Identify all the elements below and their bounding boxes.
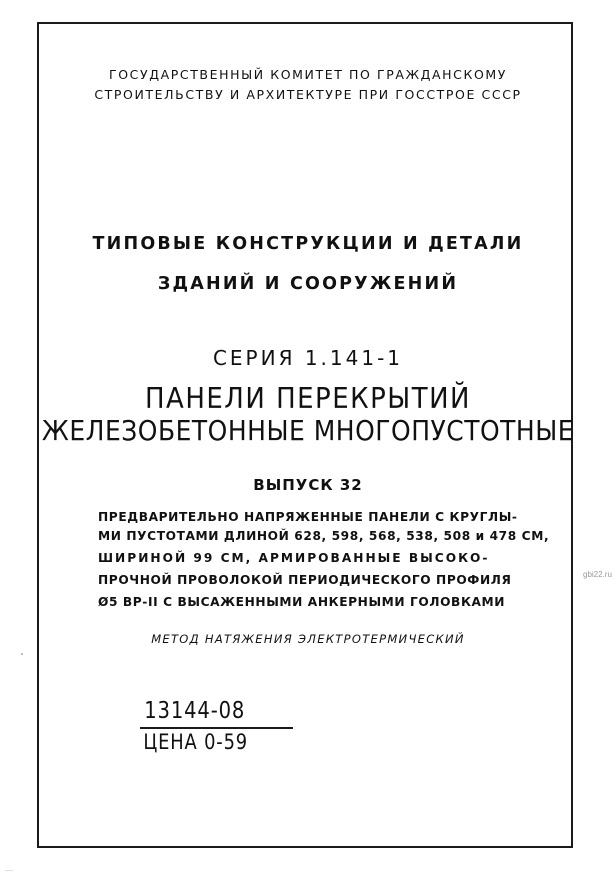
- description-line-2: МИ ПУСТОТАМИ ДЛИНОЙ 628, 598, 568, 538, …: [98, 530, 558, 542]
- stamp-divider: [140, 727, 293, 729]
- collection-title-line-2: ЗДАНИЙ И СООРУЖЕНИЙ: [0, 276, 616, 294]
- watermark-text: gbi22.ru: [583, 570, 612, 579]
- description-line-4: ПРОЧНОЙ ПРОВОЛОКОЙ ПЕРИОДИЧЕСКОГО ПРОФИЛ…: [98, 574, 558, 586]
- catalog-code: 13144-08: [140, 700, 276, 723]
- catalog-stamp: 13144-08 ЦЕНА 0-59: [140, 700, 300, 753]
- price-label: ЦЕНА 0-59: [140, 732, 276, 753]
- description-line-5: Ø5 ВР-II С ВЫСАЖЕННЫМИ АНКЕРНЫМИ ГОЛОВКА…: [98, 596, 558, 608]
- issue-number: ВЫПУСК 32: [0, 478, 616, 493]
- series-number: СЕРИЯ 1.141-1: [0, 348, 616, 368]
- scan-speck: [5, 870, 13, 871]
- description-line-1: ПРЕДВАРИТЕЛЬНО НАПРЯЖЕННЫЕ ПАНЕЛИ С КРУГ…: [98, 511, 558, 523]
- tensioning-method: МЕТОД НАТЯЖЕНИЯ ЭЛЕКТРОТЕРМИЧЕСКИЙ: [0, 634, 616, 646]
- document-title-line-1: ПАНЕЛИ ПЕРЕКРЫТИЙ: [0, 385, 616, 414]
- scan-speck: [21, 653, 23, 655]
- issuing-committee-line-2: СТРОИТЕЛЬСТВУ И АРХИТЕКТУРЕ ПРИ ГОССТРОЕ…: [0, 89, 616, 102]
- description-line-3: ШИРИНОЙ 99 СМ, АРМИРОВАННЫЕ ВЫСОКО-: [98, 552, 558, 564]
- collection-title-line-1: ТИПОВЫЕ КОНСТРУКЦИИ И ДЕТАЛИ: [0, 236, 616, 254]
- document-title-line-2: ЖЕЛЕЗОБЕТОННЫЕ МНОГОПУСТОТНЫЕ: [0, 417, 616, 445]
- issuing-committee-line-1: ГОСУДАРСТВЕННЫЙ КОМИТЕТ ПО ГРАЖДАНСКОМУ: [0, 69, 616, 82]
